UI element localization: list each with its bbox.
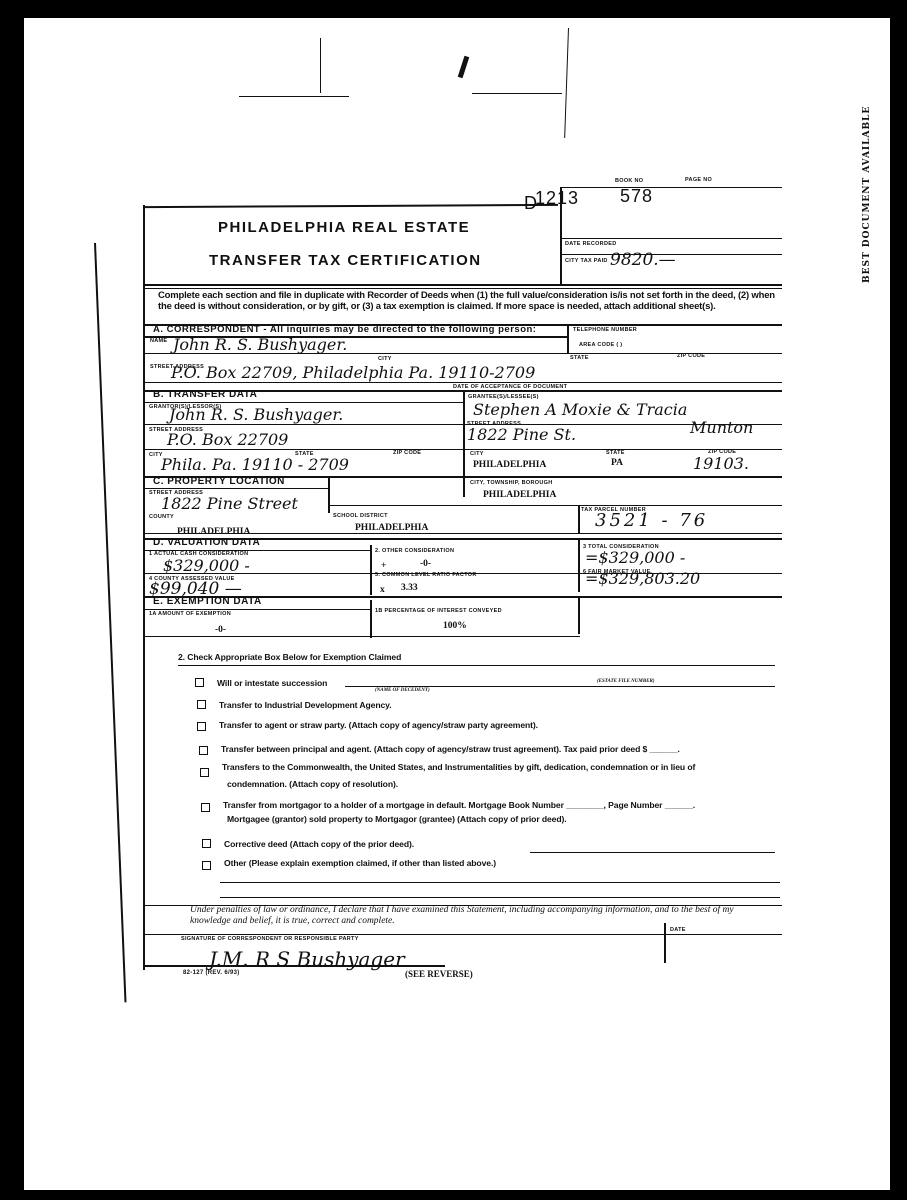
property-city: PHILADELPHIA xyxy=(483,490,556,500)
grantee-state: PA xyxy=(611,458,623,468)
rule xyxy=(178,665,775,666)
checkbox-commonwealth[interactable] xyxy=(200,768,209,777)
decedent-name-label: (NAME OF DECEDENT) xyxy=(375,688,430,693)
rule xyxy=(328,476,330,513)
rule xyxy=(145,382,782,383)
signature: J.M. R S Bushyager xyxy=(209,947,405,971)
state-label: STATE xyxy=(570,355,589,361)
checkbox-other[interactable] xyxy=(202,861,211,870)
grantee-name: Stephen A Moxie & Tracia xyxy=(473,400,687,419)
property-street: 1822 Pine Street xyxy=(161,494,298,513)
checkbox-mortgagor[interactable] xyxy=(201,803,210,812)
correspondent-name: John R. S. Bushyager. xyxy=(173,335,347,354)
section-c-heading: C. PROPERTY LOCATION xyxy=(153,476,285,487)
scan-artifact-line xyxy=(320,38,321,93)
checkbox-will-intestate[interactable] xyxy=(195,678,204,687)
other-explain-line[interactable] xyxy=(220,882,780,883)
best-document-note: BEST DOCUMENT AVAILABLE xyxy=(862,106,872,283)
interest-conveyed-label: 1B PERCENTAGE OF INTEREST CONVEYED xyxy=(375,608,502,614)
exemption-label: Will or intestate succession xyxy=(217,678,327,688)
exemption-label: Transfers to the Commonwealth, the Unite… xyxy=(222,762,695,772)
telephone-label: TELEPHONE NUMBER xyxy=(573,327,637,333)
clr-factor: 3.33 xyxy=(401,583,418,593)
rule xyxy=(328,505,782,506)
checkbox-corrective-deed[interactable] xyxy=(202,839,211,848)
see-reverse: (SEE REVERSE) xyxy=(405,969,473,979)
interest-conveyed: 100% xyxy=(443,621,467,631)
form-title-line2: TRANSFER TAX CERTIFICATION xyxy=(209,252,482,269)
form-number: 82-127 (Rev. 6/93) xyxy=(183,970,240,976)
county: PHILADELPHIA xyxy=(177,527,250,537)
rule xyxy=(145,934,782,935)
exemption-label: Transfer to agent or straw party. (Attac… xyxy=(219,720,538,730)
city-label: CITY xyxy=(378,356,392,362)
other-explain-line[interactable] xyxy=(530,852,775,853)
exemption-label: Transfer to Industrial Development Agenc… xyxy=(219,700,392,710)
rule xyxy=(145,204,558,208)
book-no-label: BOOK NO xyxy=(615,178,643,184)
estate-file-label: (ESTATE FILE NUMBER) xyxy=(597,679,655,684)
instructions-text: Complete each section and file in duplic… xyxy=(158,291,780,312)
page-no: 578 xyxy=(620,186,653,207)
checkbox-ida[interactable] xyxy=(197,700,206,709)
rule xyxy=(145,402,463,403)
exemption-label: Corrective deed (Attach copy of the prio… xyxy=(224,839,414,849)
grantee-state-label: STATE xyxy=(606,450,625,456)
rule xyxy=(578,540,580,592)
other-consideration: -0- xyxy=(420,559,431,569)
rule xyxy=(145,449,782,450)
scan-artifact-line xyxy=(472,93,562,94)
section-d-heading: D. VALUATION DATA xyxy=(153,537,260,548)
clr-factor-label: 5. COMMON LEVEL RATIO FACTOR xyxy=(375,572,477,578)
rule xyxy=(578,596,580,634)
transfer-tax-form: PHILADELPHIA REAL ESTATE TRANSFER TAX CE… xyxy=(143,205,782,970)
grantor-city: Phila. Pa. 19110 - 2709 xyxy=(161,455,349,474)
school-district: PHILADELPHIA xyxy=(355,523,428,533)
signature-label: SIGNATURE OF CORRESPONDENT OR RESPONSIBL… xyxy=(181,936,359,942)
scan-artifact-line xyxy=(94,243,126,1002)
page-no-label: PAGE NO xyxy=(685,177,712,183)
date-recorded-label: DATE RECORDED xyxy=(565,241,616,247)
rule xyxy=(145,424,782,425)
city-tax-paid-label: CITY TAX PAID xyxy=(565,258,608,264)
book-no: 1213 xyxy=(535,188,579,209)
rule xyxy=(560,187,782,188)
rule xyxy=(560,238,782,239)
rule xyxy=(145,965,445,967)
school-district-label: SCHOOL DISTRICT xyxy=(333,513,388,519)
checkbox-principal-agent[interactable] xyxy=(199,746,208,755)
rule xyxy=(463,476,465,497)
checkbox-agent-straw[interactable] xyxy=(197,722,206,731)
grantor-zip-label: ZIP CODE xyxy=(393,450,421,456)
declaration-text: Under penalties of law or ordinance, I d… xyxy=(190,905,775,927)
section-b-heading: B. TRANSFER DATA xyxy=(153,389,257,400)
rule xyxy=(578,505,580,533)
tax-parcel-number: 3521 - 76 xyxy=(595,510,708,531)
rule xyxy=(567,324,569,353)
rule xyxy=(145,609,370,610)
rule xyxy=(145,636,580,637)
section-e-heading: E. EXEMPTION DATA xyxy=(153,596,262,607)
total-consideration: =$329,000 - xyxy=(585,548,685,567)
correspondent-address: P.O. Box 22709, Philadelphia Pa. 19110-2… xyxy=(171,363,535,382)
exemption-label: Transfer between principal and agent. (A… xyxy=(221,744,680,754)
form-title-line1: PHILADELPHIA REAL ESTATE xyxy=(218,219,470,236)
exemption-label-cont: condemnation. (Attach copy of resolution… xyxy=(227,779,398,789)
other-explain-line[interactable] xyxy=(220,897,780,898)
rule xyxy=(370,545,372,595)
fair-market-value: =$329,803.20 xyxy=(585,569,700,588)
property-city-label: CITY, TOWNSHIP, BOROUGH xyxy=(470,480,552,486)
rule xyxy=(145,488,328,489)
date-label: DATE xyxy=(670,927,686,933)
exemption-heading: 2. Check Appropriate Box Below for Exemp… xyxy=(178,652,401,662)
exemption-label: Transfer from mortgagor to a holder of a… xyxy=(223,800,695,810)
other-consideration-prefix: + xyxy=(381,561,386,571)
rule xyxy=(145,288,782,289)
exemption-amount-label: 1A AMOUNT OF EXEMPTION xyxy=(149,611,231,617)
exemption-label-cont: Mortgagee (grantor) sold property to Mor… xyxy=(227,814,567,824)
rule xyxy=(664,923,666,963)
grantee-city: PHILADELPHIA xyxy=(473,460,546,470)
name-label: NAME xyxy=(150,338,167,344)
clr-factor-prefix: x xyxy=(380,585,385,595)
scan-artifact-mark xyxy=(458,56,470,78)
scan-artifact-line xyxy=(564,28,569,138)
section-a-heading: A. CORRESPONDENT - All inquiries may be … xyxy=(153,324,536,335)
area-code-label: AREA CODE ( ) xyxy=(579,342,622,348)
zip-label: ZIP CODE xyxy=(677,353,705,359)
rule xyxy=(370,600,372,638)
city-tax-paid-value: 9820.— xyxy=(610,250,676,270)
scan-artifact-line xyxy=(239,96,349,97)
grantee-zip: 19103. xyxy=(693,454,749,473)
grantor-name: John R. S. Bushyager. xyxy=(169,405,343,424)
grantee-city-label: CITY xyxy=(470,451,484,457)
other-consideration-label: 2. OTHER CONSIDERATION xyxy=(375,548,454,554)
grantor-street: P.O. Box 22709 xyxy=(167,430,288,449)
county-label: COUNTY xyxy=(149,514,174,520)
grantee-street: 1822 Pine St. xyxy=(467,425,576,444)
exemption-label: Other (Please explain exemption claimed,… xyxy=(224,858,496,868)
exemption-amount: -0- xyxy=(215,625,226,635)
rule xyxy=(345,686,775,687)
grantee-name-cont: Munton xyxy=(690,418,753,437)
rule xyxy=(145,533,782,534)
rule xyxy=(463,390,465,476)
rule xyxy=(145,284,782,286)
